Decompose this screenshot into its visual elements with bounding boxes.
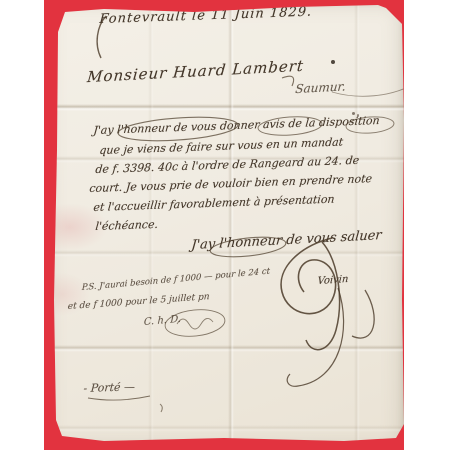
fold-crease-horizontal bbox=[44, 425, 404, 432]
product-photo-page: Fontevrault le 11 Juin 1829. Monsieur Hu… bbox=[0, 0, 450, 450]
closing-line: J'ay l'honneur de vous saluer bbox=[191, 228, 383, 253]
ps-line: et de f 1000 pour le 5 juillet pn bbox=[67, 292, 209, 312]
body-line: l'échéance. bbox=[95, 218, 159, 233]
signature-name: Voivin bbox=[317, 274, 349, 287]
signature-paraph bbox=[306, 242, 340, 350]
ps-initials: C. h. D. bbox=[144, 314, 182, 328]
body-line: que je viens de faire sur vous en un man… bbox=[99, 135, 344, 157]
ps-oval-squiggle bbox=[177, 318, 213, 329]
porte-underline bbox=[88, 396, 150, 400]
destination: Saumur. bbox=[295, 79, 347, 96]
signature-underloop bbox=[352, 290, 374, 338]
recipient-swash bbox=[282, 76, 294, 86]
porte-comma-mark bbox=[160, 404, 162, 412]
signature-paraph-tail bbox=[287, 288, 343, 386]
body-line: de f. 3398. 40c à l'ordre de Rangeard au… bbox=[95, 154, 360, 176]
ps-line: P.S. J'aurai besoin de f 1000 — pour le … bbox=[82, 267, 270, 294]
porte-marking: - Porté — bbox=[83, 380, 135, 395]
body-line: et l'accueillir favorablement à présenta… bbox=[93, 193, 335, 214]
fold-crease-vertical bbox=[354, 0, 360, 450]
body-line: J'ay l'honneur de vous donner avis de la… bbox=[93, 114, 380, 137]
recipient-line: Monsieur Huard Lambert bbox=[86, 57, 304, 86]
fold-crease-horizontal bbox=[44, 345, 404, 352]
body-line: court. Je vous prie de vouloir bien en p… bbox=[89, 172, 373, 195]
fold-crease-horizontal bbox=[44, 104, 404, 111]
letter-paper: Fontevrault le 11 Juin 1829. Monsieur Hu… bbox=[44, 0, 404, 450]
ink-speck bbox=[331, 60, 335, 64]
letter-photo: Fontevrault le 11 Juin 1829. Monsieur Hu… bbox=[44, 0, 404, 450]
dateline: Fontevrault le 11 Juin 1829. bbox=[99, 5, 313, 27]
